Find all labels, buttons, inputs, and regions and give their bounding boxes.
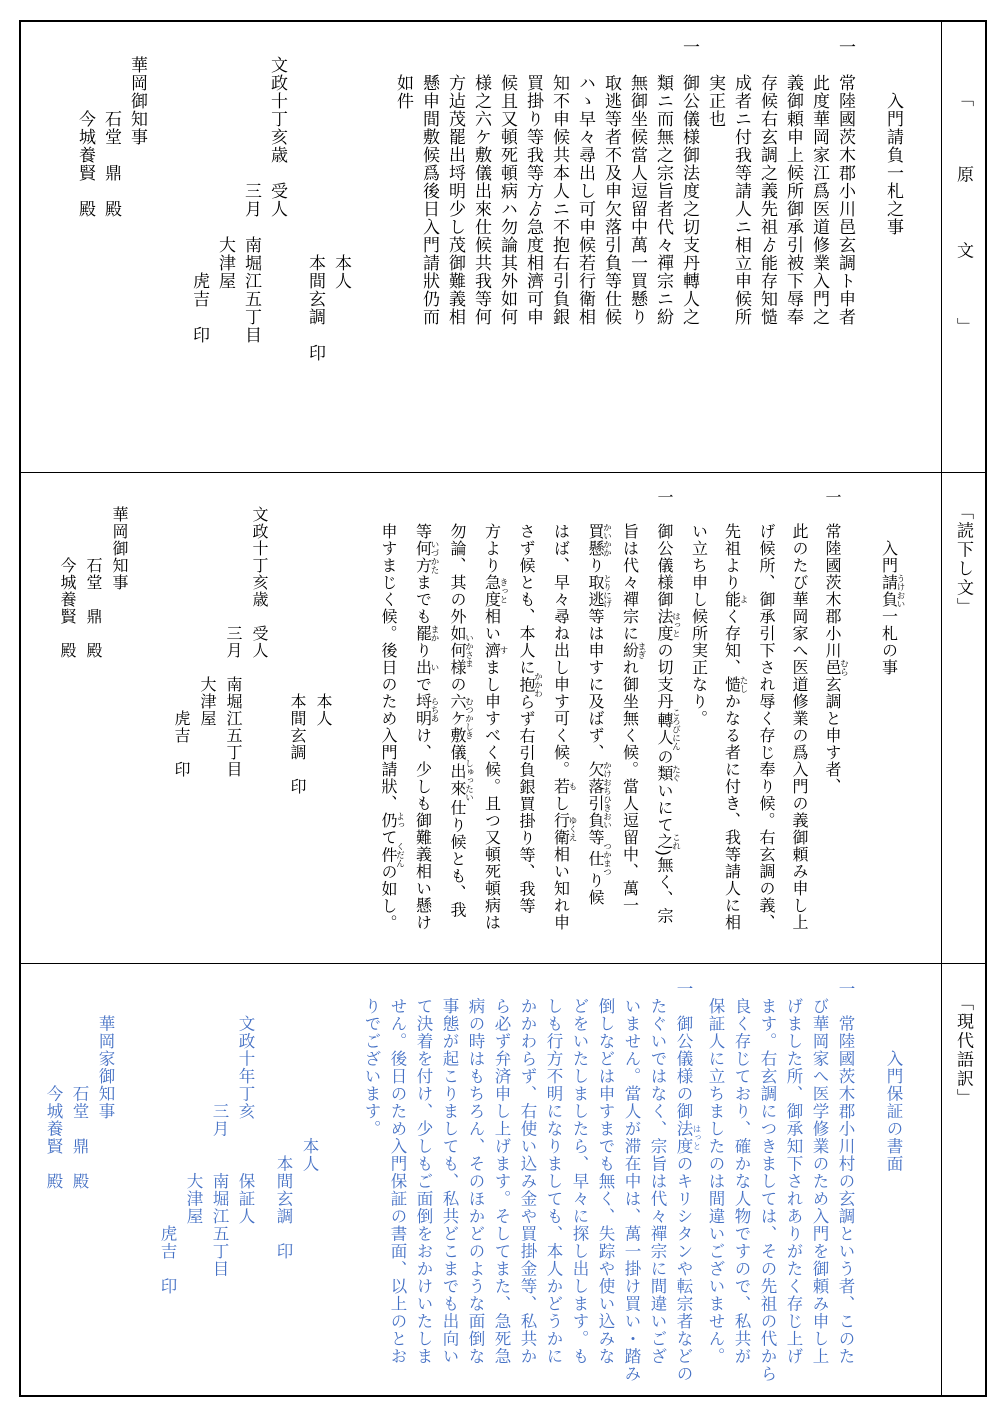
text-column: はば、早々尋ね出し申す可く候。若もし行衛ゆくえ相い知れ申 [544, 489, 579, 959]
signature-column: 本人 [296, 980, 322, 1391]
text-column: 方より急度きっと相い濟すまし申すべく候。且つ又頓死頓病は [475, 489, 510, 959]
text-column: 方迠茂罷出埒明少し茂御難義相 [442, 38, 468, 468]
signature-column: 石堂 鼎 殿 [98, 38, 124, 468]
panel-header-label: 「 原 文 」 [951, 22, 976, 337]
signature-column: 本間玄調 印 [270, 980, 296, 1391]
text-column: かかわらず、右使い込み金や買掛金等、私共か [514, 980, 540, 1391]
signature-column: 文政十年丁亥 保証人 [232, 980, 258, 1391]
text-column: 一 常陸國茨木郡小川邑玄調ト申者 [832, 38, 858, 468]
signature-column: 三月 南堀江五丁目 [219, 489, 245, 959]
text-column: 実正也 [702, 38, 728, 468]
text-column: 如件 [390, 38, 416, 468]
text-column: 此のたび華岡家へ医道修業の爲入門の義御頼み申し上 [782, 489, 815, 959]
text-column: 知不申候共本人ニ不抱右引負銀 [546, 38, 572, 468]
signature-column: 三月 南堀江五丁目 [206, 980, 232, 1391]
panel-header-label: 「読下し文」 [951, 473, 976, 617]
text-column: 申すまじく候。後日のため入門請狀、仍よって件くだんの如し。 [371, 489, 406, 959]
text-column: 類ニ而無之宗旨者代々禪宗ニ紛 [650, 38, 676, 468]
signature-column: 今城養賢 殿 [72, 38, 98, 468]
text-column: び華岡家へ医学修業のため入門を御頼み申し上 [806, 980, 832, 1391]
panel-reading-text: 入門請負うけおい一札の事一 常陸國茨木郡小川邑むら玄調と申す者、 此のたび華岡家… [21, 473, 985, 964]
text-column: 一 御公儀様御法度之切支丹轉人之 [676, 38, 702, 468]
signature-column: 大津屋 [180, 980, 206, 1391]
signature-column: 大津屋 [193, 489, 219, 959]
text-column: 義御頼申上候所御承引被下辱奉 [780, 38, 806, 468]
text-column: 保証人に立ちましたのは間違いございません。 [702, 980, 728, 1391]
text-column: げ候所、御承引下され辱く存じ奉り候。右玄調の義、 [749, 489, 782, 959]
text-column: 事態が起こりましても、私共どこまでも出向い [436, 980, 462, 1391]
text-column: しも行方不明になりましても、本人かどうかに [540, 980, 566, 1391]
panel-original-text: 入門請負一札之事一 常陸國茨木郡小川邑玄調ト申者 此度華岡家江爲医道修業入門之 … [21, 22, 985, 473]
text-column: 懸申間敷候爲後日入門請狀仍而 [416, 38, 442, 468]
text-column: 無御坐候當人逗留中萬一買懸り [624, 38, 650, 468]
signature-column: 華岡御知事 [105, 489, 131, 959]
signature-column: 本人 [328, 38, 354, 468]
text-column: 旨は代々禪宗に紛まぎれ御坐無く候。當人逗留中、萬一 [613, 489, 648, 959]
text-column: 買懸かいかかり取逃とりにげ等は申すに及ばず、欠落引負かけおちひきおい等仕つかまつ… [578, 489, 613, 959]
text-column: 病の時はもちろん、そのほかどのような面倒な [462, 980, 488, 1391]
signature-column: 華岡家御知事 [92, 980, 118, 1391]
text-column: 勿論、其の外如何様いかさまの六ケ敷むつかしき儀出來しゅったい仕り候とも、我 [440, 489, 475, 959]
text-column: どをいたしましたら、早々に探し出します。も [566, 980, 592, 1391]
signature-column: 今城養賢 殿 [40, 980, 66, 1391]
text-column: 様之六ケ敷儀出來仕候共我等何 [468, 38, 494, 468]
panel-header: 「読下し文」 [941, 473, 985, 963]
text-column: 先祖より能よく存知、慥たしかなる者に付き、我等請人に相 [715, 489, 750, 959]
text-column: さず候とも、本人に抱かかわらず右引負銀買掛り等、我等 [509, 489, 544, 959]
text-column: 一 常陸國茨木郡小川村の玄調という者、このた [832, 980, 858, 1391]
text-column: 此度華岡家江爲医道修業入門之 [806, 38, 832, 468]
text-column: 候且又頓死頓病ハ勿論其外如何 [494, 38, 520, 468]
document-frame: 入門請負一札之事一 常陸國茨木郡小川邑玄調ト申者 此度華岡家江爲医道修業入門之 … [19, 20, 987, 1397]
panel-content: 入門請負うけおい一札の事一 常陸國茨木郡小川邑むら玄調と申す者、 此のたび華岡家… [23, 473, 940, 963]
text-column: りでございます。 [358, 980, 384, 1391]
text-column: て決着を付け、少しもご面倒をおかけいたしま [410, 980, 436, 1391]
text-column: ら必ず弁済申し上げます。そしてまた、急死急 [488, 980, 514, 1391]
signature-column: 本人 [309, 489, 335, 959]
text-column: 一 御公儀様の御法度はっとのキリシタンや転宗者などの [670, 980, 702, 1391]
signature-column: 今城養賢 殿 [53, 489, 79, 959]
text-column: 買掛り等我等方ゟ急度相濟可申 [520, 38, 546, 468]
text-column: ハゝ早々尋出し可申候若行衛相 [572, 38, 598, 468]
text-column: せん。後日のため入門保証の書面、以上のとお [384, 980, 410, 1391]
text-column: 成者ニ付我等請人ニ相立申候所 [728, 38, 754, 468]
text-column: 等何方いづかたまでも罷まかり出いで埒明らちあけ、少しも御難義相い懸け [406, 489, 441, 959]
panel-content: 入門保証の書面一 常陸國茨木郡小川村の玄調という者、このた び華岡家へ医学修業の… [23, 964, 940, 1395]
signature-column: 本間玄調 印 [302, 38, 328, 468]
signature-column: 虎吉 印 [154, 980, 180, 1391]
text-column: 取逃等者不及申欠落引負等仕候 [598, 38, 624, 468]
text-column: 倒しなどは申すまでも無く、失踪や使い込みな [592, 980, 618, 1391]
text-column: 存候右玄調之義先祖ゟ能存知慥 [754, 38, 780, 468]
text-column: 一 御公儀様御法度はっとの切支丹轉人ころびにんの類たぐいにて之これ)無く、宗 [647, 489, 682, 959]
text-column: げました所、御承知下されありがたく存じ上げ [780, 980, 806, 1391]
document-title-column: 入門請負一札之事 [880, 38, 906, 468]
signature-column: 三月 南堀江五丁目 [238, 38, 264, 468]
signature-column: 本間玄調 印 [283, 489, 309, 959]
signature-column: 文政十丁亥歳 受人 [245, 489, 271, 959]
signature-column: 文政十丁亥歳 受人 [264, 38, 290, 468]
text-column: 良く存じており、確かな人物ですので、私共が [728, 980, 754, 1391]
document-title-column: 入門保証の書面 [880, 980, 906, 1391]
text-column: いません。當人が滞在中は、萬一掛け買い・踏み [618, 980, 644, 1391]
panel-content: 入門請負一札之事一 常陸國茨木郡小川邑玄調ト申者 此度華岡家江爲医道修業入門之 … [23, 22, 940, 472]
signature-column: 虎吉 印 [167, 489, 193, 959]
signature-column: 虎吉 印 [186, 38, 212, 468]
panel-header: 「現代語訳」 [941, 964, 985, 1395]
text-column: ます。右玄調につきましては、その先祖の代から [754, 980, 780, 1391]
text-column: い立ち申し候所実正なり。 [682, 489, 715, 959]
signature-column: 石堂 鼎 殿 [66, 980, 92, 1391]
panel-modern-translation: 入門保証の書面一 常陸國茨木郡小川村の玄調という者、このた び華岡家へ医学修業の… [21, 964, 985, 1395]
text-column: たぐいではなく、宗旨は代々禪宗に間違いござ [644, 980, 670, 1391]
text-column: 一 常陸國茨木郡小川邑むら玄調と申す者、 [815, 489, 850, 959]
document-title-column: 入門請負うけおい一札の事 [872, 489, 907, 959]
panel-header-label: 「現代語訳」 [951, 964, 976, 1108]
panel-header: 「 原 文 」 [941, 22, 985, 472]
signature-column: 石堂 鼎 殿 [79, 489, 105, 959]
signature-column: 華岡御知事 [124, 38, 150, 468]
signature-column: 大津屋 [212, 38, 238, 468]
